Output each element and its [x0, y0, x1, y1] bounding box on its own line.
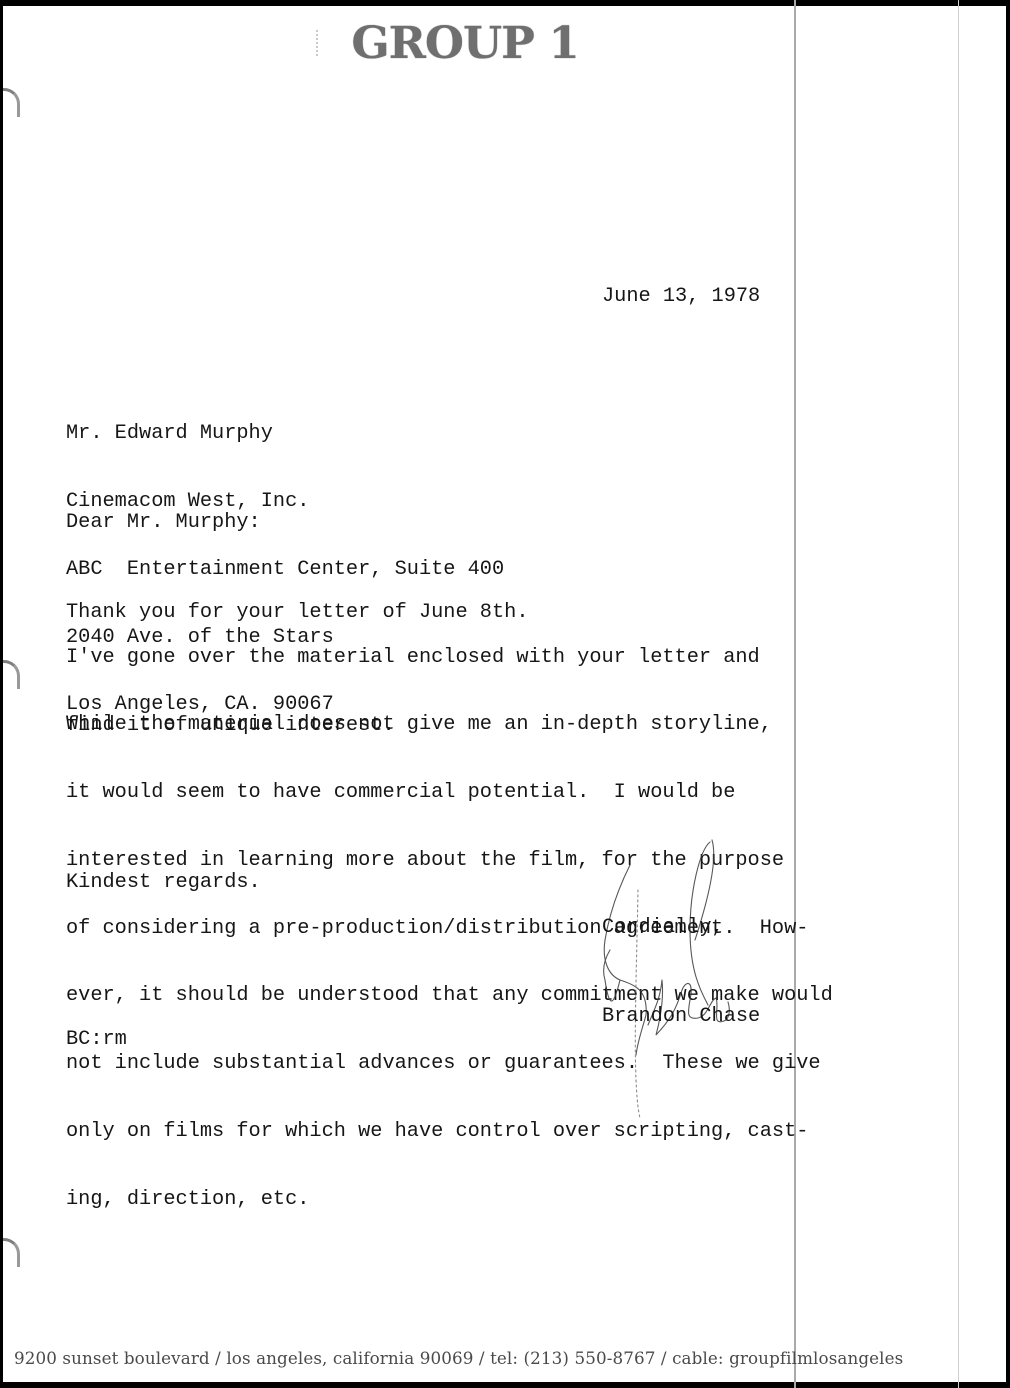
- reference-initials: BC:rm: [66, 1029, 127, 1052]
- address-line: Mr. Edward Murphy: [66, 423, 504, 446]
- handwritten-signature: [590, 830, 770, 1130]
- letter-date: June 13, 1978: [602, 286, 760, 309]
- complimentary-close: Cordially,: [602, 917, 724, 940]
- paragraph-line: I've gone over the material enclosed wit…: [66, 647, 760, 670]
- paragraph-line: While the material does not give me an i…: [66, 714, 833, 737]
- logo-ornament: [316, 30, 326, 56]
- closing-line: Kindest regards.: [66, 872, 261, 895]
- scan-line: [958, 0, 959, 1388]
- paragraph-line: it would seem to have commercial potenti…: [66, 782, 833, 805]
- salutation: Dear Mr. Murphy:: [66, 512, 261, 535]
- signer-name: Brandon Chase: [602, 1006, 760, 1029]
- letterhead-logo: GROUP 1: [332, 14, 597, 74]
- letterhead-footer: 9200 sunset boulevard / los angeles, cal…: [14, 1349, 903, 1369]
- paragraph-line: ing, direction, etc.: [66, 1189, 833, 1212]
